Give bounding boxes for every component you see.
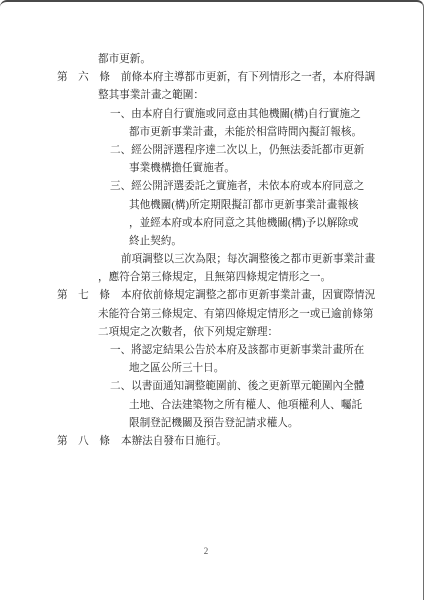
article-text: 本辦法自發布日施行。	[121, 436, 227, 447]
document-body: 都市更新。第 六 條前條本府主導都市更新，有下列情形之一者，本府得調整其事業計畫…	[0, 51, 423, 451]
document-line: 土地、合法建築物之所有權人、他項權利人、囑託	[0, 397, 423, 415]
article-line: 第 七 條本府依前條規定調整之都市更新事業計畫，因實際情況	[0, 287, 423, 305]
article-line: 第 六 條前條本府主導都市更新，有下列情形之一者，本府得調	[0, 69, 423, 87]
document-line: 三、經公開評選委託之實施者，未依本府或本府同意之	[0, 178, 423, 196]
page-number: 2	[0, 546, 412, 557]
document-line: 都市更新事業計畫，未能於相當時間內擬訂報核。	[0, 124, 423, 142]
document-line: 都市更新。	[0, 51, 423, 69]
document-line: 其他機關(構)所定期限擬訂都市更新事業計畫報核	[0, 197, 423, 215]
document-page: 都市更新。第 六 條前條本府主導都市更新，有下列情形之一者，本府得調整其事業計畫…	[0, 0, 424, 600]
document-line: ，應符合第三條規定，且無第四條規定情形之一。	[0, 269, 423, 287]
article-number: 第 六 條	[57, 69, 121, 87]
article-number: 第 八 條	[57, 433, 121, 451]
document-line: 二、以書面通知調整範圍前、後之更新單元範圍內全體	[0, 378, 423, 396]
document-line: 前項調整以三次為限；每次調整後之都市更新事業計畫	[0, 251, 423, 269]
document-line: 一、將認定結果公告於本府及該都市更新事業計畫所在	[0, 342, 423, 360]
document-line: ，並經本府或本府同意之其他機關(構)予以解除或	[0, 215, 423, 233]
document-line: 事業機構擔任實施者。	[0, 160, 423, 178]
document-line: 終止契約。	[0, 233, 423, 251]
document-line: 二項規定之次數者，依下列規定辦理：	[0, 324, 423, 342]
document-line: 一、由本府自行實施或同意由其他機關(構)自行實施之	[0, 106, 423, 124]
document-line: 二、經公開評選程序達二次以上，仍無法委託都市更新	[0, 142, 423, 160]
document-line: 限制登記機關及預告登記請求權人。	[0, 415, 423, 433]
article-number: 第 七 條	[57, 287, 121, 305]
document-line: 整其事業計畫之範圍：	[0, 87, 423, 105]
article-text: 本府依前條規定調整之都市更新事業計畫，因實際情況	[121, 290, 375, 301]
document-line: 未能符合第三條規定、有第四條規定情形之一或已逾前條第	[0, 306, 423, 324]
article-text: 前條本府主導都市更新，有下列情形之一者，本府得調	[121, 72, 375, 83]
document-line: 地之區公所三十日。	[0, 360, 423, 378]
article-line: 第 八 條本辦法自發布日施行。	[0, 433, 423, 451]
